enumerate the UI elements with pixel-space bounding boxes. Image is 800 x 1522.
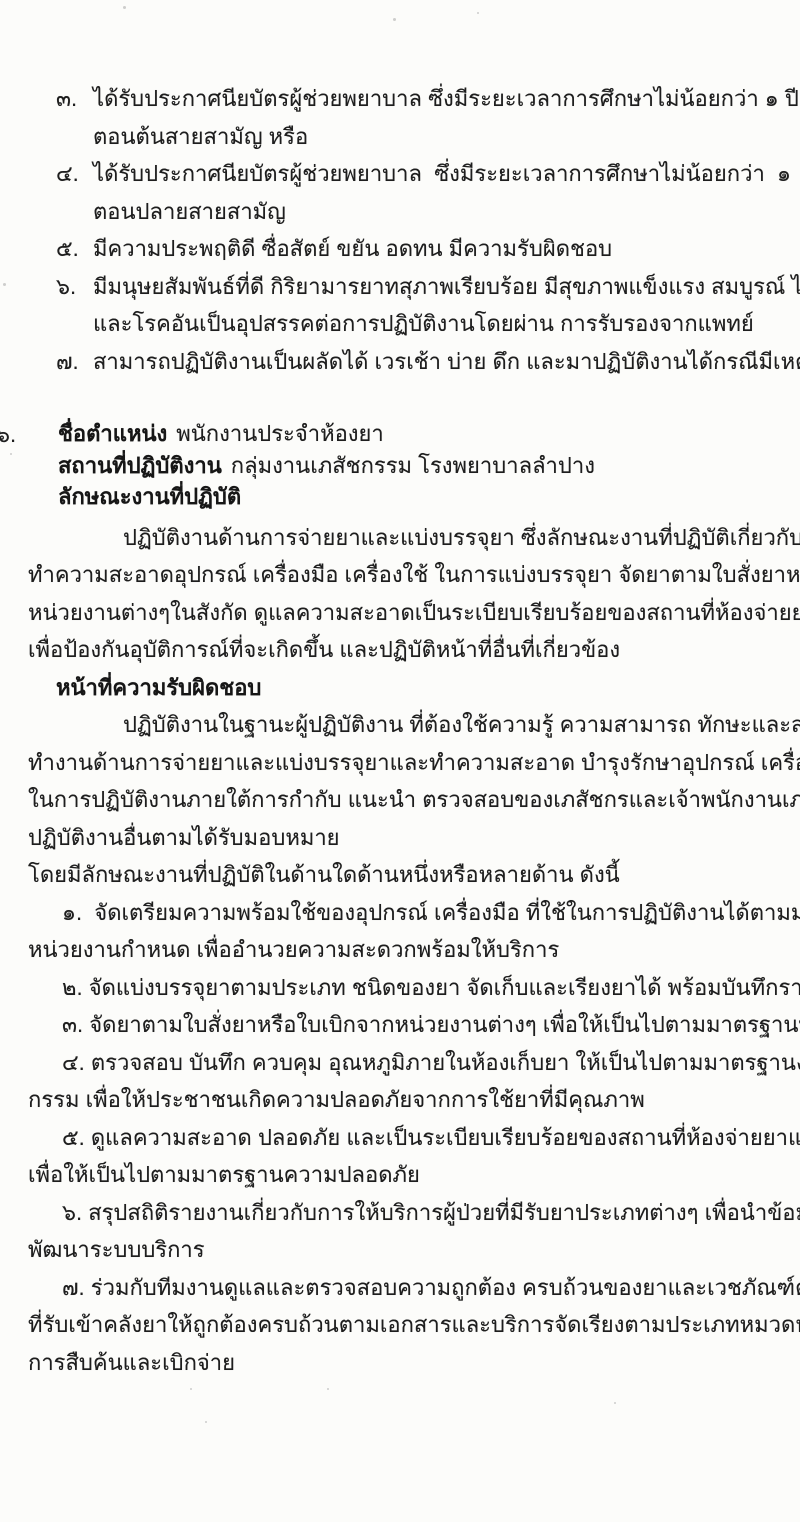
text-line: ๔. ตรวจสอบ บันทึก ควบคุม อุณหภูมิภายในห้…: [0, 1044, 800, 1082]
text-line: ๓.ได้รับประกาศนียบัตรผู้ช่วยพยาบาล ซึ่งม…: [0, 80, 800, 118]
position-title-row: ชื่อตำแหน่งพนักงานประจำห้องยา: [0, 418, 800, 450]
text-line: ๑. จัดเตรียมความพร้อมใช้ของอุปกรณ์ เครื่…: [0, 894, 800, 932]
text-line: พัฒนาระบบบริการ: [0, 1231, 800, 1269]
position-heading-block: ชื่อตำแหน่งพนักงานประจำห้องยา สถานที่ปฏิ…: [0, 418, 800, 513]
section-number: ๖.: [0, 419, 16, 451]
text-line: การสืบค้นและเบิกจ่าย: [0, 1344, 800, 1382]
text-line: ๓. จัดยาตามใบสั่งยาหรือใบเบิกจากหน่วยงาน…: [0, 1006, 800, 1044]
text-line: ๕. ดูแลความสะอาด ปลอดภัย และเป็นระเบียบเ…: [0, 1119, 800, 1157]
text-line: ปฏิบัติงานอื่นตามได้รับมอบหมาย: [0, 819, 800, 857]
position-title-value: พนักงานประจำห้องยา: [176, 421, 384, 446]
text-line: โดยมีลักษณะงานที่ปฏิบัติในด้านใดด้านหนึ่…: [0, 856, 800, 894]
item-number: ๗.: [56, 343, 79, 381]
scan-noise-speck: [190, 1388, 192, 1390]
scan-noise-speck: [123, 6, 126, 9]
item-number: ๖.: [56, 268, 76, 306]
text-line: ในการปฏิบัติงานภายใต้การกำกับ แนะนำ ตรวจ…: [0, 781, 800, 819]
job-nature-heading-row: ลักษณะงานที่ปฏิบัติ: [0, 481, 800, 513]
scan-noise-speck: [205, 1421, 207, 1423]
qualification-list: ๓.ได้รับประกาศนียบัตรผู้ช่วยพยาบาล ซึ่งม…: [0, 0, 800, 380]
scan-noise-speck: [10, 453, 12, 455]
text-line: ปฏิบัติงานด้านการจ่ายยาและแบ่งบรรจุยา ซึ…: [0, 519, 800, 557]
text-line: ๔.ได้รับประกาศนียบัตรผู้ช่วยพยาบาล ซึ่งม…: [0, 155, 800, 193]
job-nature-heading: ลักษณะงานที่ปฏิบัติ: [58, 484, 241, 509]
workplace-row: สถานที่ปฏิบัติงานกลุ่มงานเภสัชกรรม โรงพย…: [0, 450, 800, 482]
text-line: ๗.สามารถปฏิบัติงานเป็นผลัดได้ เวรเช้า บ่…: [0, 343, 800, 381]
workplace-label: สถานที่ปฏิบัติงาน: [58, 453, 222, 478]
position-title-label: ชื่อตำแหน่ง: [58, 421, 167, 446]
text-line: ตอนต้นสายสามัญ หรือ: [0, 118, 800, 156]
scan-noise-speck: [3, 283, 6, 286]
item-number: ๔.: [56, 155, 79, 193]
scan-noise-speck: [327, 1388, 329, 1390]
text-line: หน่วยงานต่างๆในสังกัด ดูแลความสะอาดเป็นร…: [0, 594, 800, 632]
item-number: ๓.: [56, 80, 77, 118]
text-line: ๕.มีความประพฤติดี ซื่อสัตย์ ขยัน อดทน มี…: [0, 230, 800, 268]
text-line: เพื่อให้เป็นไปตามมาตรฐานความปลอดภัย: [0, 1156, 800, 1194]
workplace-value: กลุ่มงานเภสัชกรรม โรงพยาบาลลำปาง: [231, 453, 595, 478]
text-line: กรรม เพื่อให้ประชาชนเกิดความปลอดภัยจากกา…: [0, 1081, 800, 1119]
text-line: ๗. ร่วมกับทีมงานดูแลและตรวจสอบความถูกต้อ…: [0, 1269, 800, 1307]
text-line: ๒. จัดแบ่งบรรจุยาตามประเภท ชนิดของยา จัด…: [0, 969, 800, 1007]
text-line: และโรคอันเป็นอุปสรรคต่อการปฏิบัติงานโดยผ…: [0, 305, 800, 343]
duties-list: ๑. จัดเตรียมความพร้อมใช้ของอุปกรณ์ เครื่…: [0, 894, 800, 1382]
text-line: หน่วยงานกำหนด เพื่ออำนวยความสะดวกพร้อมให…: [0, 931, 800, 969]
scan-noise-speck: [477, 12, 479, 14]
scan-noise-speck: [393, 18, 396, 21]
text-line: ทำความสะอาดอุปกรณ์ เครื่องมือ เครื่องใช้…: [0, 556, 800, 594]
text-line: ๖. สรุปสถิติรายงานเกี่ยวกับการให้บริการผ…: [0, 1194, 800, 1232]
duties-heading: หน้าที่ความรับผิดชอบ: [0, 669, 800, 707]
text-line: ที่รับเข้าคลังยาให้ถูกต้องครบถ้วนตามเอกส…: [0, 1306, 800, 1344]
scanned-document-page: ๖. ๓.ได้รับประกาศนียบัตรผู้ช่วยพยาบาล ซึ…: [0, 0, 800, 1522]
text-line: ๖.มีมนุษยสัมพันธ์ที่ดี กิริยามารยาทสุภาพ…: [0, 268, 800, 306]
responsibilities-paragraph: ปฏิบัติงานในฐานะผู้ปฏิบัติงาน ที่ต้องใช้…: [0, 706, 800, 894]
text-line: ทำงานด้านการจ่ายยาและแบ่งบรรจุยาและทำควา…: [0, 744, 800, 782]
item-number: ๕.: [56, 230, 79, 268]
job-nature-paragraph: ปฏิบัติงานด้านการจ่ายยาและแบ่งบรรจุยา ซึ…: [0, 519, 800, 669]
text-line: ปฏิบัติงานในฐานะผู้ปฏิบัติงาน ที่ต้องใช้…: [0, 706, 800, 744]
text-line: ตอนปลายสายสามัญ: [0, 193, 800, 231]
text-line: เพื่อป้องกันอุบัติการณ์ที่จะเกิดขึ้น และ…: [0, 631, 800, 669]
scan-noise-speck: [614, 1402, 616, 1404]
